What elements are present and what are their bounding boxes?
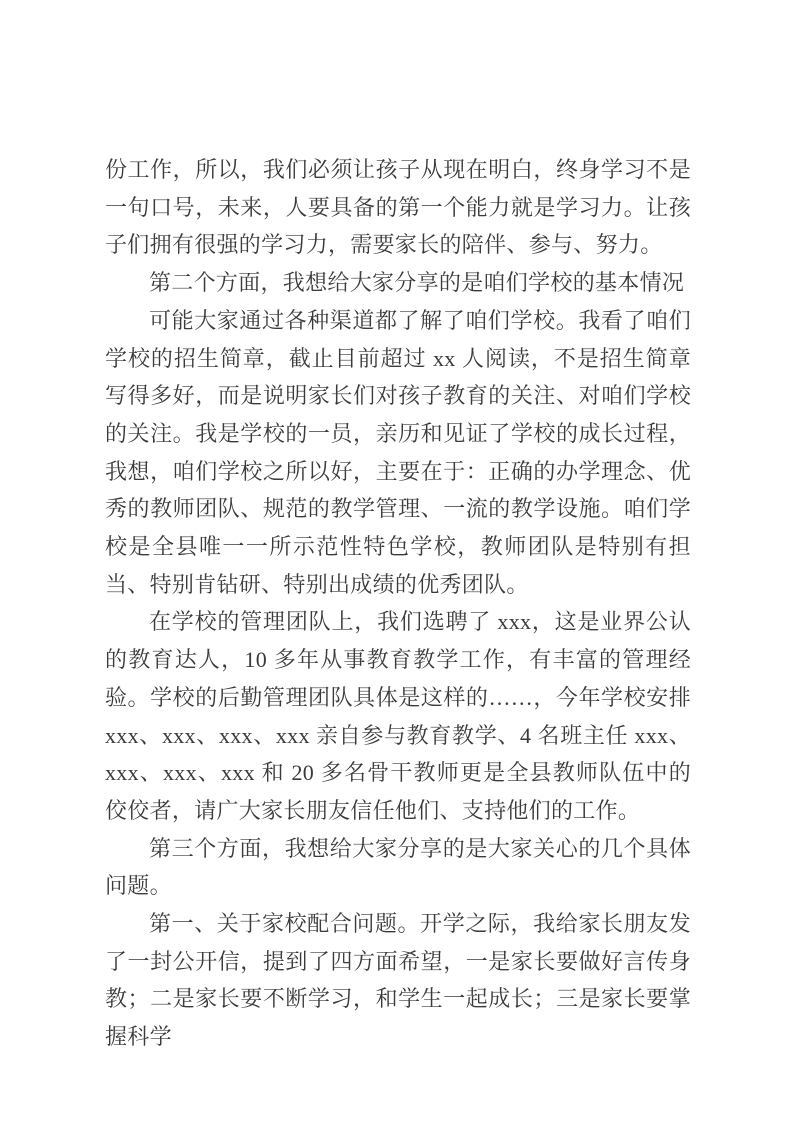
document-body: 份工作，所以，我们必须让孩子从现在明白，终身学习不是一句口号，未来，人要具备的第… xyxy=(105,151,691,1056)
paragraph: 在学校的管理团队上，我们选聘了 xxx，这是业界公认的教育达人，10 多年从事教… xyxy=(105,603,691,829)
document-page: 份工作，所以，我们必须让孩子从现在明白，终身学习不是一句口号，未来，人要具备的第… xyxy=(0,0,793,1122)
paragraph: 第二个方面，我想给大家分享的是咱们学校的基本情况 xyxy=(105,264,691,302)
paragraph: 可能大家通过各种渠道都了解了咱们学校。我看了咱们学校的招生简章，截止目前超过 x… xyxy=(105,302,691,604)
paragraph: 第一、关于家校配合问题。开学之际，我给家长朋友发了一封公开信，提到了四方面希望，… xyxy=(105,905,691,1056)
paragraph: 第三个方面，我想给大家分享的是大家关心的几个具体问题。 xyxy=(105,830,691,905)
paragraph: 份工作，所以，我们必须让孩子从现在明白，终身学习不是一句口号，未来，人要具备的第… xyxy=(105,151,691,264)
